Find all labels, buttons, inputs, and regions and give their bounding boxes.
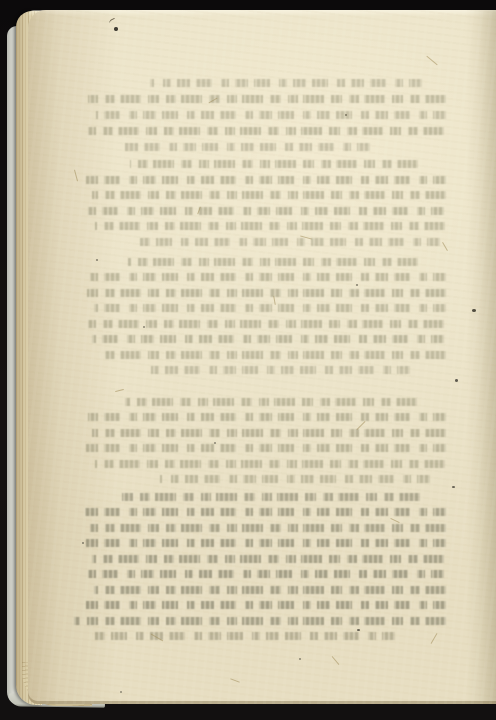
showthrough-line	[74, 617, 446, 625]
showthrough-line	[120, 143, 370, 151]
showthrough-line	[86, 444, 446, 452]
dust-speck	[452, 486, 455, 488]
showthrough-line	[95, 460, 445, 468]
showthrough-line	[90, 273, 446, 281]
showthrough-line	[86, 539, 446, 547]
dust-speck	[96, 259, 98, 261]
showthrough-line	[128, 258, 418, 266]
dust-speck	[345, 114, 347, 116]
dust-speck	[472, 309, 476, 312]
dust-speck	[455, 379, 458, 382]
book-scan	[0, 0, 496, 720]
showthrough-text-layer	[0, 0, 496, 720]
dust-speck	[143, 326, 145, 328]
showthrough-line	[92, 191, 446, 199]
showthrough-line	[140, 238, 440, 246]
showthrough-line	[120, 493, 420, 501]
showthrough-line	[84, 508, 446, 516]
showthrough-line	[88, 207, 444, 215]
showthrough-line	[98, 351, 446, 359]
showthrough-line	[88, 127, 444, 135]
showthrough-line	[150, 366, 410, 374]
showthrough-line	[86, 176, 446, 184]
showthrough-line	[88, 413, 446, 421]
dust-speck	[357, 629, 360, 631]
showthrough-line	[88, 320, 444, 328]
dust-speck	[82, 542, 84, 544]
dust-speck	[114, 27, 118, 31]
showthrough-line	[125, 398, 417, 406]
showthrough-line	[160, 475, 430, 483]
showthrough-line	[94, 304, 446, 312]
showthrough-line	[96, 111, 446, 119]
showthrough-line	[95, 632, 395, 640]
showthrough-line	[130, 160, 418, 168]
showthrough-line	[92, 429, 446, 437]
showthrough-line	[88, 570, 444, 578]
showthrough-line	[150, 79, 422, 87]
dust-speck	[299, 658, 301, 660]
dust-speck	[214, 442, 216, 444]
showthrough-line	[92, 555, 444, 563]
dust-speck	[356, 284, 358, 286]
showthrough-line	[90, 524, 446, 532]
showthrough-line	[88, 95, 446, 103]
dust-speck	[120, 691, 122, 693]
showthrough-line	[94, 586, 446, 594]
showthrough-line	[86, 289, 446, 297]
showthrough-line	[95, 222, 445, 230]
showthrough-line	[86, 601, 446, 609]
showthrough-line	[92, 335, 444, 343]
